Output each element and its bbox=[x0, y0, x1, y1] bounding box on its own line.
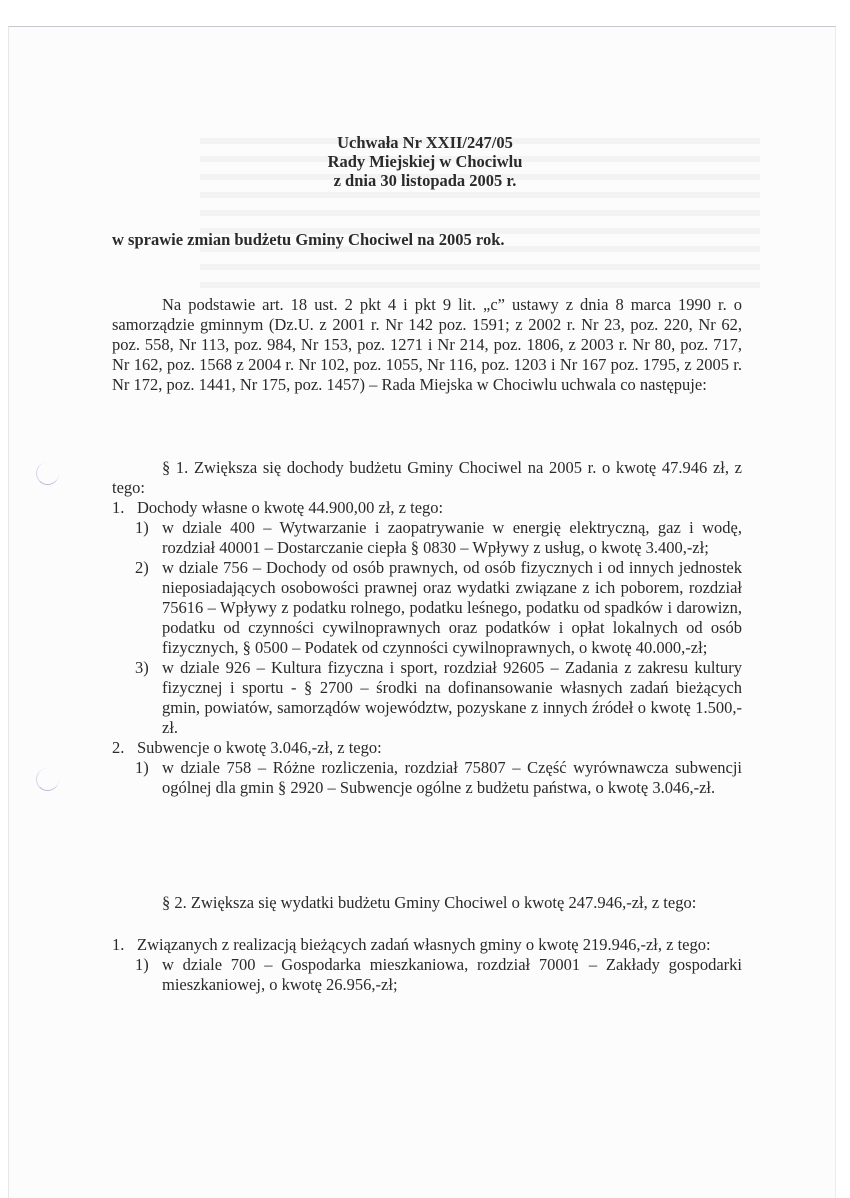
subitem-number: 3) bbox=[135, 658, 149, 678]
subitem-text: w dziale 756 – Dochody od osób prawnych,… bbox=[162, 558, 742, 657]
subitem-number: 1) bbox=[135, 758, 149, 778]
subitem-number: 1) bbox=[135, 518, 149, 538]
section-1-list: 1. Dochody własne o kwotę 44.900,00 zł, … bbox=[112, 498, 742, 798]
list-item: 1. Dochody własne o kwotę 44.900,00 zł, … bbox=[112, 498, 742, 518]
list-item: 1. Związanych z realizacją bieżących zad… bbox=[112, 935, 742, 955]
subitem-text: w dziale 700 – Gospodarka mieszkaniowa, … bbox=[162, 955, 742, 994]
resolution-subject: w sprawie zmian budżetu Gminy Chociwel n… bbox=[112, 230, 505, 250]
item-text: Dochody własne o kwotę 44.900,00 zł, z t… bbox=[137, 498, 443, 517]
list-subitem: 3) w dziale 926 – Kultura fizyczna i spo… bbox=[112, 658, 742, 738]
list-subitem: 1) w dziale 758 – Różne rozliczenia, roz… bbox=[112, 758, 742, 798]
subitem-text: w dziale 758 – Różne rozliczenia, rozdzi… bbox=[162, 758, 742, 797]
subitem-number: 1) bbox=[135, 955, 149, 975]
council-name: Rady Miejskiej w Chociwlu bbox=[0, 152, 850, 172]
section-1-heading: § 1. Zwiększa się dochody budżetu Gminy … bbox=[112, 458, 742, 498]
list-item: 2. Subwencje o kwotę 3.046,-zł, z tego: bbox=[112, 738, 742, 758]
section-2-list: 1. Związanych z realizacją bieżących zad… bbox=[112, 935, 742, 995]
item-number: 1. bbox=[112, 935, 124, 955]
subitem-text: w dziale 926 – Kultura fizyczna i sport,… bbox=[162, 658, 742, 737]
subitem-text: w dziale 400 – Wytwarzanie i zaopatrywan… bbox=[162, 518, 742, 557]
subitem-number: 2) bbox=[135, 558, 149, 578]
section-2-heading: § 2. Zwiększa się wydatki budżetu Gminy … bbox=[112, 893, 742, 913]
item-text: Subwencje o kwotę 3.046,-zł, z tego: bbox=[137, 738, 382, 757]
resolution-date: z dnia 30 listopada 2005 r. bbox=[0, 171, 850, 191]
punch-hole-mark bbox=[36, 462, 59, 485]
item-number: 2. bbox=[112, 738, 124, 758]
list-subitem: 2) w dziale 756 – Dochody od osób prawny… bbox=[112, 558, 742, 658]
list-subitem: 1) w dziale 400 – Wytwarzanie i zaopatry… bbox=[112, 518, 742, 558]
legal-basis-paragraph: Na podstawie art. 18 ust. 2 pkt 4 i pkt … bbox=[112, 295, 742, 395]
item-number: 1. bbox=[112, 498, 124, 518]
item-text: Związanych z realizacją bieżących zadań … bbox=[137, 935, 711, 954]
punch-hole-mark bbox=[36, 768, 59, 791]
resolution-number: Uchwała Nr XXII/247/05 bbox=[0, 133, 850, 153]
list-subitem: 1) w dziale 700 – Gospodarka mieszkaniow… bbox=[112, 955, 742, 995]
